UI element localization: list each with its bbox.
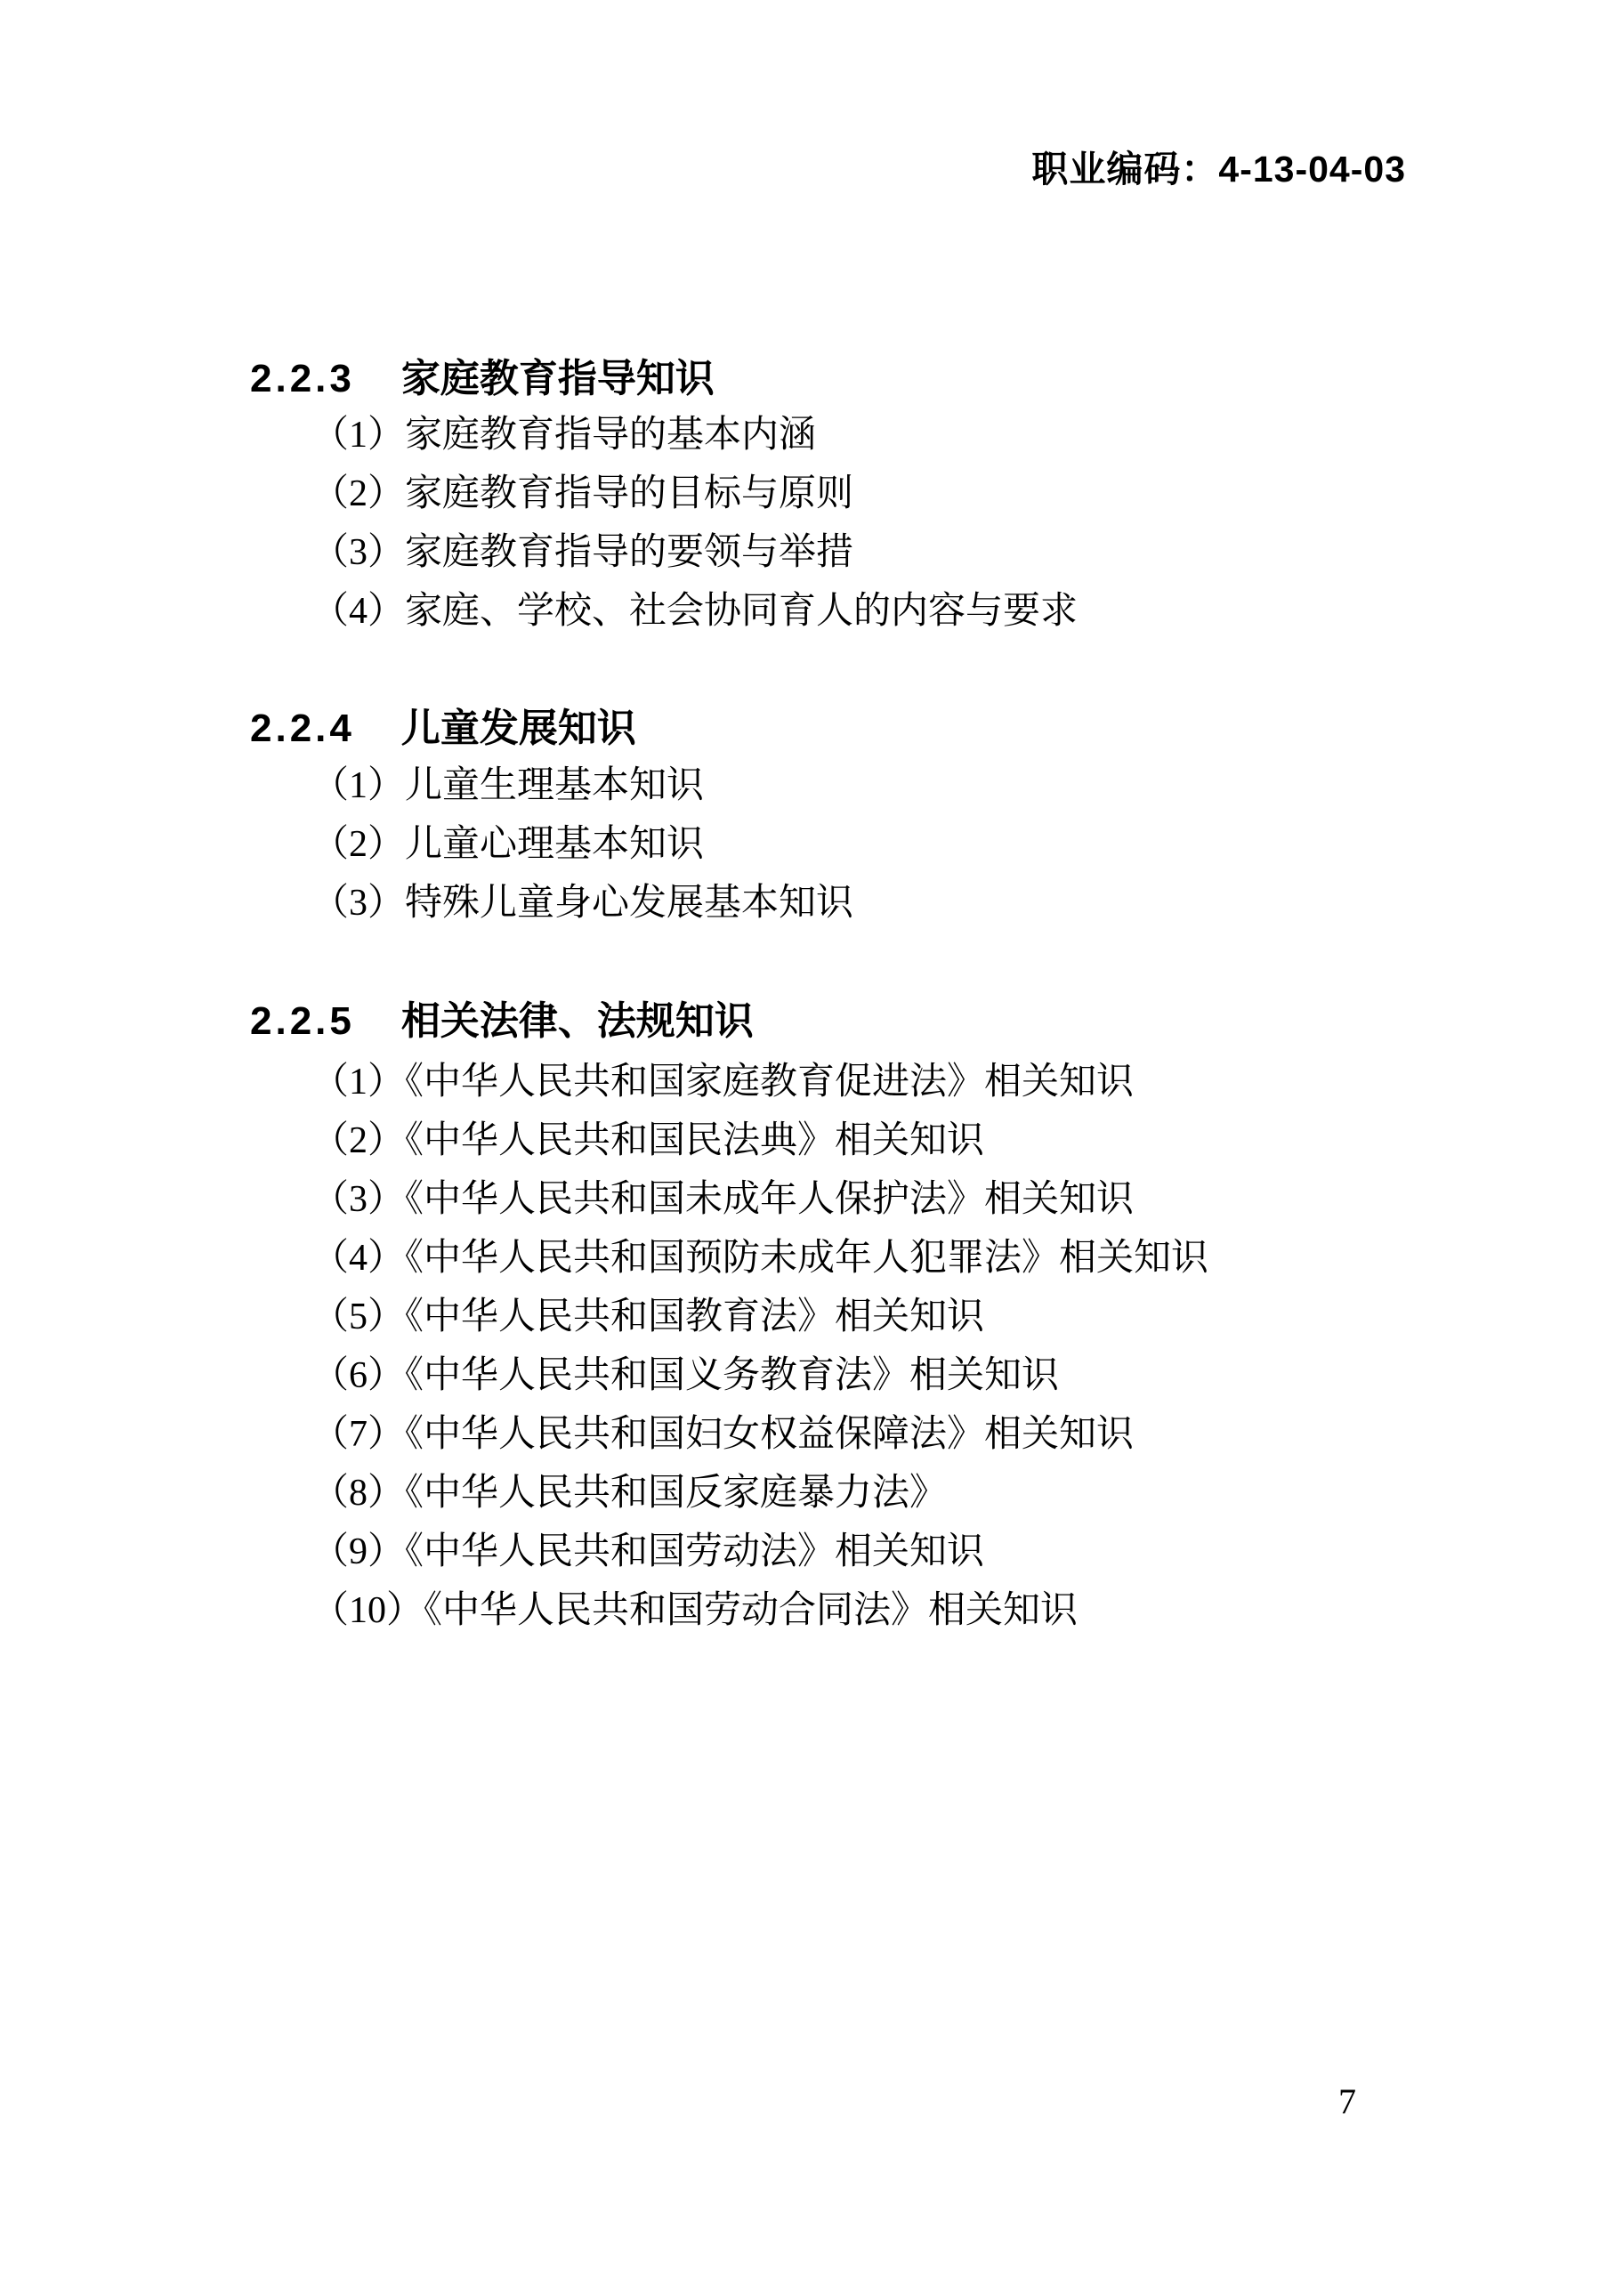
section-title: 儿童发展知识	[401, 707, 636, 750]
list-item: （1）《中华人民共和国家庭教育促进法》相关知识	[311, 1053, 1208, 1111]
list-item: （2）《中华人民共和国民法典》相关知识	[311, 1111, 1208, 1170]
section-2-2-3-items: （1）家庭教育指导的基本内涵 （2）家庭教育指导的目标与原则 （3）家庭教育指导…	[311, 406, 1078, 641]
list-item: （3）《中华人民共和国未成年人保护法》相关知识	[311, 1170, 1208, 1229]
list-item: （2）家庭教育指导的目标与原则	[311, 464, 1078, 523]
list-item: （2）儿童心理基本知识	[311, 815, 853, 874]
list-item: （10）《中华人民共和国劳动合同法》相关知识	[311, 1581, 1208, 1640]
section-2-2-4-items: （1）儿童生理基本知识 （2）儿童心理基本知识 （3）特殊儿童身心发展基本知识	[311, 756, 853, 933]
list-item: （9）《中华人民共和国劳动法》相关知识	[311, 1523, 1208, 1581]
list-item: （4）《中华人民共和国预防未成年人犯罪法》相关知识	[311, 1229, 1208, 1288]
section-title: 家庭教育指导知识	[401, 357, 715, 400]
section-heading-2-2-3: 2.2.3家庭教育指导知识	[250, 359, 715, 399]
list-item: （8）《中华人民共和国反家庭暴力法》	[311, 1464, 1208, 1523]
list-item: （1）儿童生理基本知识	[311, 756, 853, 815]
section-2-2-5-items: （1）《中华人民共和国家庭教育促进法》相关知识 （2）《中华人民共和国民法典》相…	[311, 1053, 1208, 1640]
list-item: （6）《中华人民共和国义务教育法》相关知识	[311, 1346, 1208, 1405]
document-page: 职业编码：4-13-04-03 2.2.3家庭教育指导知识 （1）家庭教育指导的…	[0, 0, 1624, 2278]
section-heading-2-2-4: 2.2.4儿童发展知识	[250, 709, 636, 748]
list-item: （5）《中华人民共和国教育法》相关知识	[311, 1288, 1208, 1346]
list-item: （4）家庭、学校、社会协同育人的内容与要求	[311, 582, 1078, 641]
list-item: （3）家庭教育指导的要领与举措	[311, 523, 1078, 582]
list-item: （3）特殊儿童身心发展基本知识	[311, 874, 853, 933]
page-number: 7	[1338, 2084, 1356, 2120]
section-heading-2-2-5: 2.2.5相关法律、法规知识	[250, 1002, 754, 1041]
section-title: 相关法律、法规知识	[401, 999, 754, 1043]
section-number: 2.2.3	[250, 357, 355, 400]
section-number: 2.2.5	[250, 999, 355, 1043]
occupation-code-header: 职业编码：4-13-04-03	[1031, 151, 1406, 188]
list-item: （1）家庭教育指导的基本内涵	[311, 406, 1078, 464]
list-item: （7）《中华人民共和国妇女权益保障法》相关知识	[311, 1405, 1208, 1464]
section-number: 2.2.4	[250, 707, 355, 750]
